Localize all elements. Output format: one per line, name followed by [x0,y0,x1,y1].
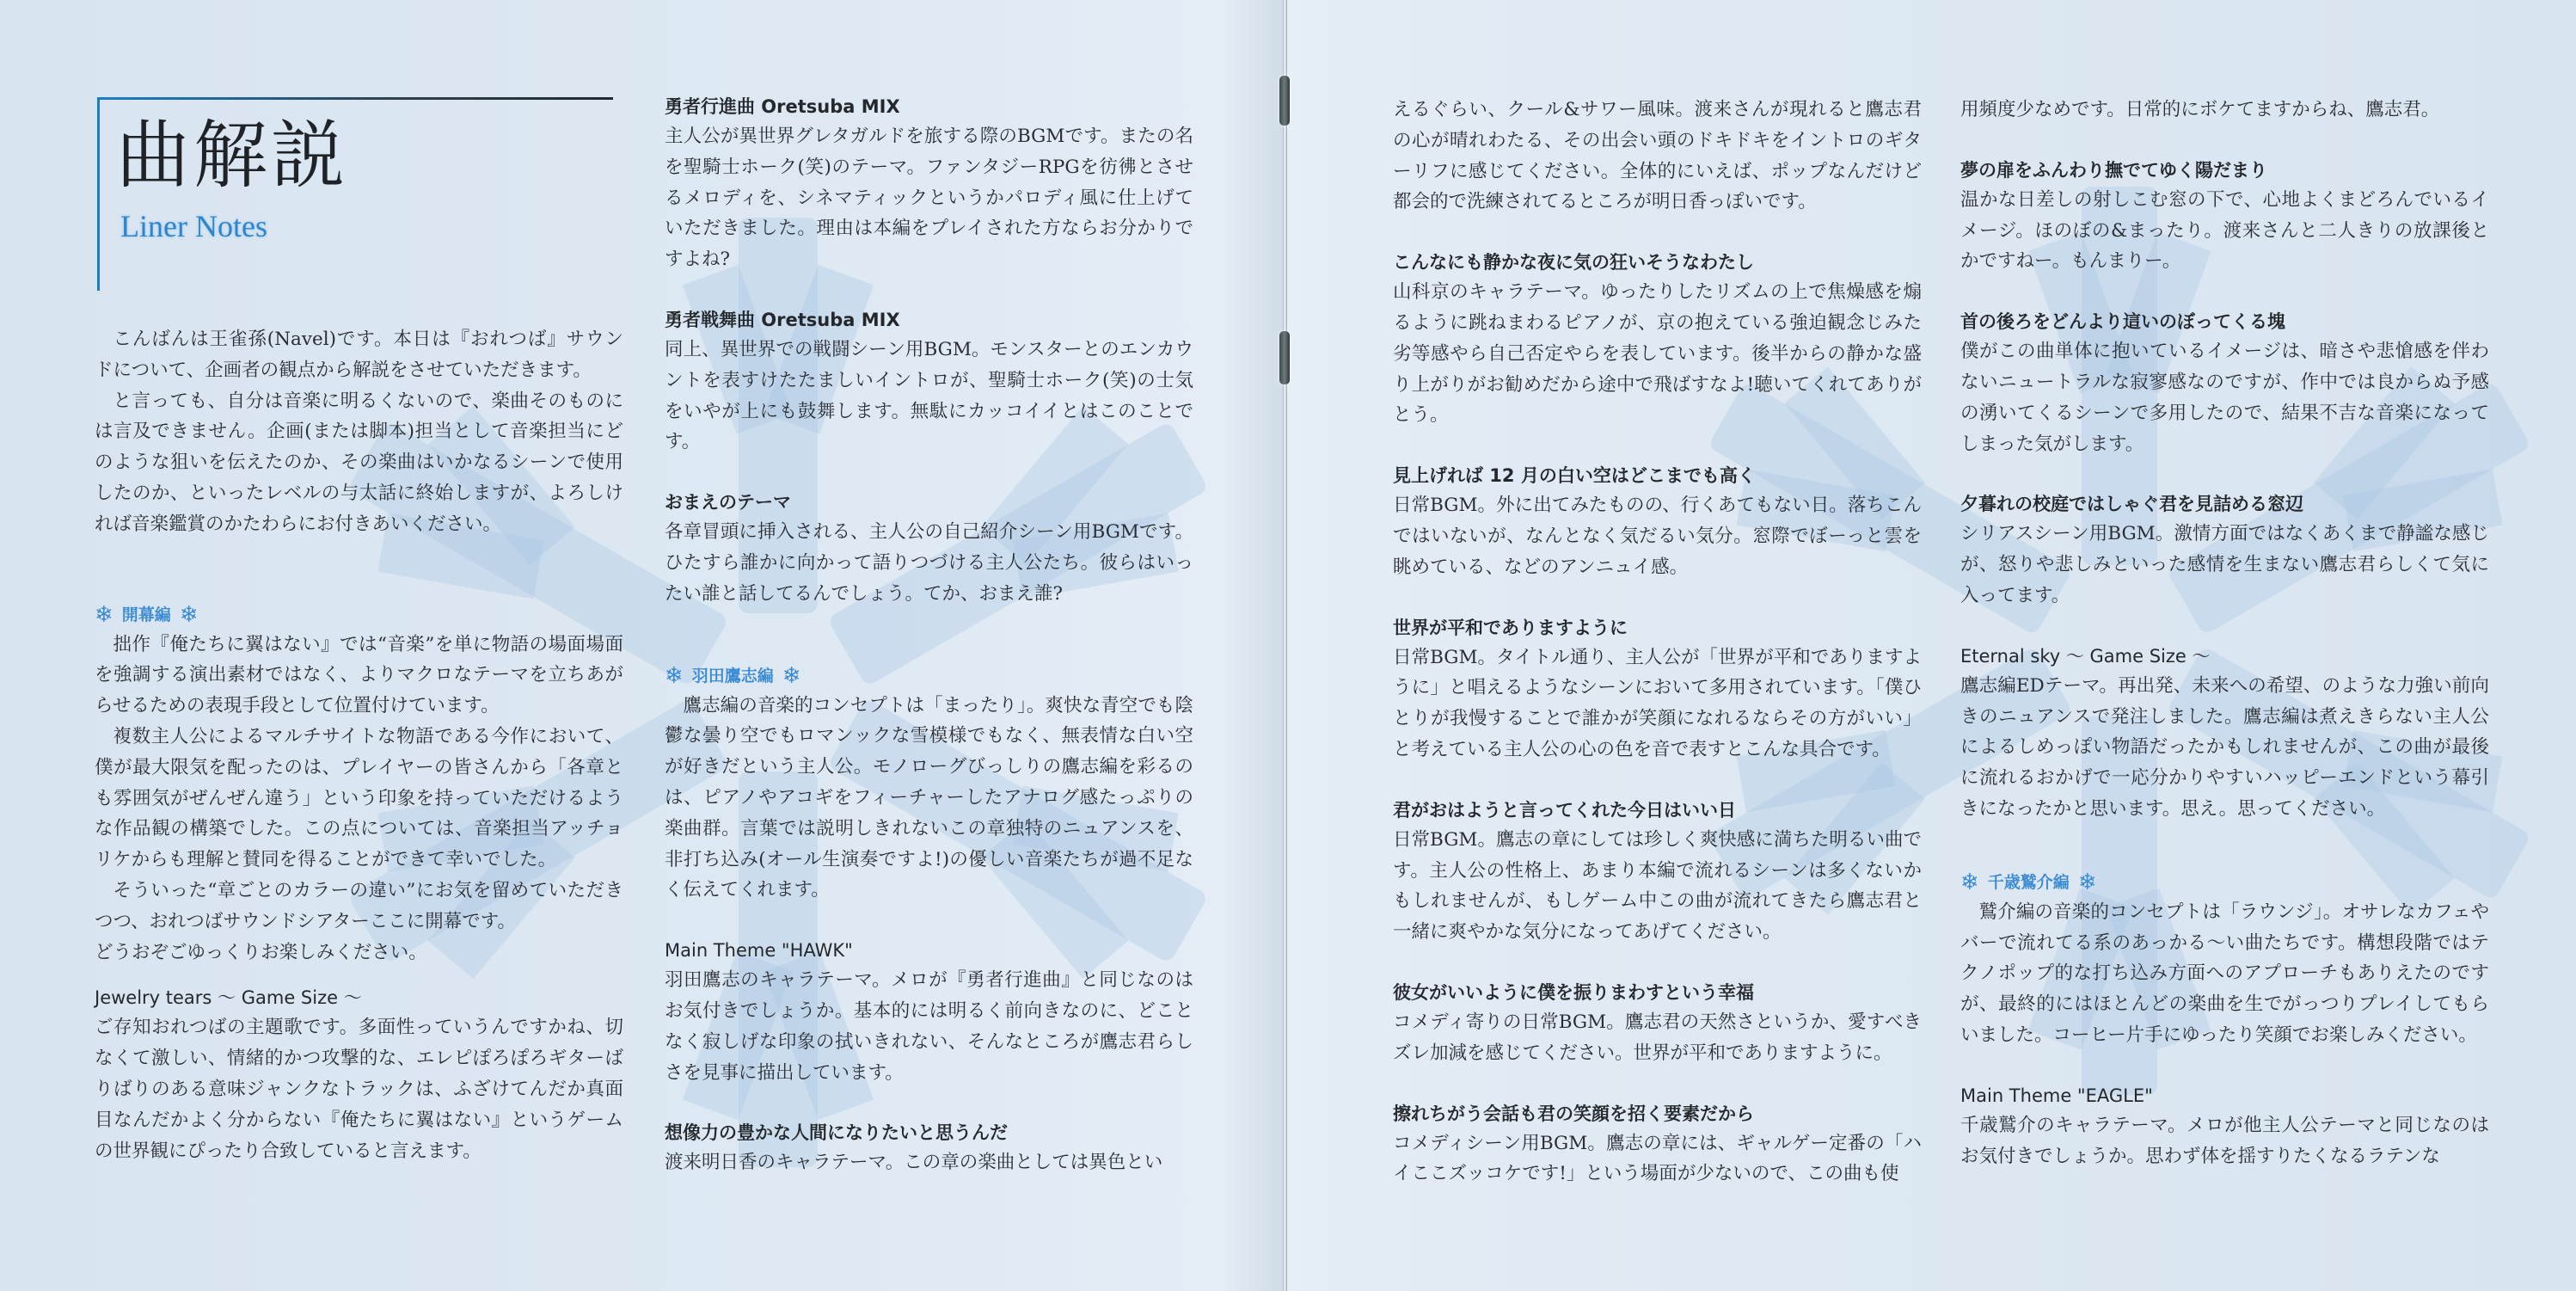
track-entry: 夢の扉をふんわり撫でてゆく陽だまり 温かな日差しの射しこむ窓の下で、心地よくまど… [1960,156,2489,277]
track-entry: Main Theme "HAWK" 羽田鷹志のキャラテーマ。メロが『勇者行進曲』… [665,936,1193,1088]
snowflake-icon: ❄ [1960,868,1979,897]
track-title: 擦れちがう会話も君の笑顔を招く要素だから [1393,1099,1922,1128]
track-entry: 勇者戦舞曲 Oretsuba MIX 同上、異世界での戦闘シーン用BGM。モンス… [665,305,1193,458]
column-3: えるぐらい、クール&サワー風味。渡来さんが現れると鷹志君の心が晴れわたる、その出… [1393,95,1922,1220]
track-description: 鷹志編EDテーマ。再出発、未来への希望、のような力強い前向きのニュアンスで発注し… [1960,671,2489,825]
page-title: 曲解説 [116,119,348,193]
track-description: 渡来明日香のキャラテーマ。この章の楽曲としては異色とい [665,1147,1193,1178]
track-entry: Eternal sky ～ Game Size ～ 鷹志編EDテーマ。再出発、未… [1960,642,2489,825]
track-description: 山科京のキャラテーマ。ゆったりしたリズムの上で焦燥感を煽るように跳ねまわるピアノ… [1393,277,1922,431]
section-heading-shusuke: ❄ 千歳鷲介編 ❄ [1960,868,2489,897]
track-description: 温かな日差しの射しこむ窓の下で、心地よくまどろんでいるイメージ。ほのぼの&まった… [1960,185,2489,277]
snowflake-icon: ❄ [2078,868,2097,897]
track-description: ご存知おれつばの主題歌です。多面性っていうんですかね、切なくて激しい、情緒的かつ… [95,1012,623,1166]
track-entry: おまえのテーマ 各章冒頭に挿入される、主人公の自己紹介シーン用BGMです。ひたす… [665,488,1193,609]
track-description: 日常BGM。鷹志の章にしては珍しく爽快感に満ちた明るい曲です。主人公の性格上、あ… [1393,825,1922,948]
section-paragraph: 鷹志編の音楽的コンセプトは「まったり」。爽快な青空でも陰鬱な曇り空でもロマンック… [665,691,1193,907]
track-title: 勇者行進曲 Oretsuba MIX [665,92,1193,121]
section-heading-kaimaku: ❄ 開幕編 ❄ [95,600,623,630]
track-title: Jewelry tears ～ Game Size ～ [95,983,623,1012]
track-entry: 見上げれば 12 月の白い空はどこまでも高く 日常BGM。外に出てみたものの、行… [1393,461,1922,582]
track-title: 夕暮れの校庭ではしゃぐ君を見詰める窓辺 [1960,489,2489,519]
intro-paragraph: こんばんは王雀孫(Navel)です。本日は『おれつば』サウンドについて、企画者の… [95,324,623,386]
snowflake-icon: ❄ [180,600,199,630]
track-entry: Main Theme "EAGLE" 千歳鷲介のキャラテーマ。メロが他主人公テー… [1960,1081,2489,1172]
staple-top [1279,76,1290,126]
track-description: 各章冒頭に挿入される、主人公の自己紹介シーン用BGMです。ひたすら誰かに向かって… [665,517,1193,609]
section-heading-label: 羽田鷹志編 [692,661,774,691]
column-2: 勇者行進曲 Oretsuba MIX 主人公が異世界グレタガルドを旅する際のBG… [665,92,1193,1208]
page-subtitle: Liner Notes [120,208,267,244]
snowflake-icon: ❄ [782,661,801,691]
section-heading-takashi: ❄ 羽田鷹志編 ❄ [665,661,1193,691]
track-description: コメディ寄りの日常BGM。鷹志君の天然さというか、愛すべきズレ加減を感じてくださ… [1393,1007,1922,1069]
track-entry: 世界が平和でありますように 日常BGM。タイトル通り、主人公が「世界が平和であり… [1393,613,1922,765]
section-heading-label: 千歳鷲介編 [1988,868,2070,897]
snowflake-icon: ❄ [665,661,684,691]
track-description: シリアスシーン用BGM。激情方面ではなくあくまで静謐な感じが、怒りや悲しみといっ… [1960,519,2489,611]
track-title: 首の後ろをどんより這いのぼってくる塊 [1960,307,2489,336]
column-4: 用頻度少なめです。日常的にボケてますからね、鷹志君。 夢の扉をふんわり撫でてゆく… [1960,95,2489,1202]
title-rule-divider [97,97,613,100]
track-entry: 君がおはようと言ってくれた今日はいい日 日常BGM。鷹志の章にしては珍しく爽快感… [1393,796,1922,948]
snowflake-icon: ❄ [95,600,113,630]
track-title: こんなにも静かな夜に気の狂いそうなわたし [1393,248,1922,277]
track-entry: Jewelry tears ～ Game Size ～ ご存知おれつばの主題歌で… [95,983,623,1166]
track-title: 勇者戦舞曲 Oretsuba MIX [665,305,1193,335]
intro-paragraph: と言っても、自分は音楽に明るくないので、楽曲そのものには言及できません。企画(ま… [95,386,623,540]
column-1: こんばんは王雀孫(Navel)です。本日は『おれつば』サウンドについて、企画者の… [95,324,623,1196]
track-title: 君がおはようと言ってくれた今日はいい日 [1393,796,1922,825]
booklet-spine [1283,0,1287,1291]
track-description-continued: えるぐらい、クール&サワー風味。渡来さんが現れると鷹志君の心が晴れわたる、その出… [1393,95,1922,218]
section-paragraph: 複数主人公によるマルチサイトな物語である今作において、僕が最大限気を配ったのは、… [95,722,623,876]
track-title: Eternal sky ～ Game Size ～ [1960,642,2489,671]
track-description: 僕がこの曲単体に抱いているイメージは、暗さや悲愴感を伴わないニュートラルな寂寥感… [1960,336,2489,459]
track-description: コメディシーン用BGM。鷹志の章には、ギャルゲー定番の「ハイここズッコケです!」… [1393,1128,1922,1190]
staple-bottom [1279,331,1290,384]
track-title: Main Theme "HAWK" [665,936,1193,965]
track-entry: 勇者行進曲 Oretsuba MIX 主人公が異世界グレタガルドを旅する際のBG… [665,92,1193,275]
track-description-continued: 用頻度少なめです。日常的にボケてますからね、鷹志君。 [1960,95,2489,126]
booklet-spread: 曲解説 Liner Notes こんばんは王雀孫(Navel)です。本日は『おれ… [0,0,2576,1291]
track-description: 主人公が異世界グレタガルドを旅する際のBGMです。またの名を聖騎士ホーク(笑)の… [665,121,1193,275]
track-title: 夢の扉をふんわり撫でてゆく陽だまり [1960,156,2489,185]
section-paragraph: 鷲介編の音楽的コンセプトは「ラウンジ」。オサレなカフェやバーで流れてる系のあっか… [1960,897,2489,1051]
track-title: おまえのテーマ [665,488,1193,517]
track-description: 羽田鷹志のキャラテーマ。メロが『勇者行進曲』と同じなのはお気付きでしょうか。基本… [665,965,1193,1088]
section-heading-label: 開幕編 [122,600,171,630]
track-title: 見上げれば 12 月の白い空はどこまでも高く [1393,461,1922,490]
right-page: えるぐらい、クール&サワー風味。渡来さんが現れると鷹志君の心が晴れわたる、その出… [1285,0,2576,1291]
track-entry: 夕暮れの校庭ではしゃぐ君を見詰める窓辺 シリアスシーン用BGM。激情方面ではなく… [1960,489,2489,611]
track-entry: こんなにも静かな夜に気の狂いそうなわたし 山科京のキャラテーマ。ゆったりしたリズ… [1393,248,1922,431]
track-entry: 擦れちがう会話も君の笑顔を招く要素だから コメディシーン用BGM。鷹志の章には、… [1393,1099,1922,1190]
track-description: 千歳鷲介のキャラテーマ。メロが他主人公テーマと同じなのはお気付きでしょうか。思わ… [1960,1110,2489,1172]
track-entry: 彼女がいいように僕を振りまわすという幸福 コメディ寄りの日常BGM。鷹志君の天然… [1393,978,1922,1069]
track-title: 世界が平和でありますように [1393,613,1922,642]
track-entry: 首の後ろをどんより這いのぼってくる塊 僕がこの曲単体に抱いているイメージは、暗さ… [1960,307,2489,459]
section-paragraph: 拙作『俺たちに翼はない』では“音楽”を単に物語の場面場面を強調する演出素材ではな… [95,630,623,722]
track-description: 日常BGM。タイトル通り、主人公が「世界が平和でありますように」と唱えるようなシ… [1393,642,1922,765]
track-description: 同上、異世界での戦闘シーン用BGM。モンスターとのエンカウントを表すけたたましい… [665,335,1193,458]
track-entry: 想像力の豊かな人間になりたいと思うんだ 渡来明日香のキャラテーマ。この章の楽曲と… [665,1118,1193,1178]
track-title: 想像力の豊かな人間になりたいと思うんだ [665,1118,1193,1147]
track-description: 日常BGM。外に出てみたものの、行くあてもない日。落ちこんではいないが、なんとな… [1393,490,1922,582]
left-page: 曲解説 Liner Notes こんばんは王雀孫(Navel)です。本日は『おれ… [0,0,1285,1291]
section-paragraph: そういった“章ごとのカラーの違い”にお気を留めていただきつつ、おれつばサウンドシ… [95,876,623,938]
section-paragraph: どうおぞごゆっくりお楽しみください。 [95,938,623,968]
track-title: 彼女がいいように僕を振りまわすという幸福 [1393,978,1922,1007]
track-title: Main Theme "EAGLE" [1960,1081,2489,1110]
